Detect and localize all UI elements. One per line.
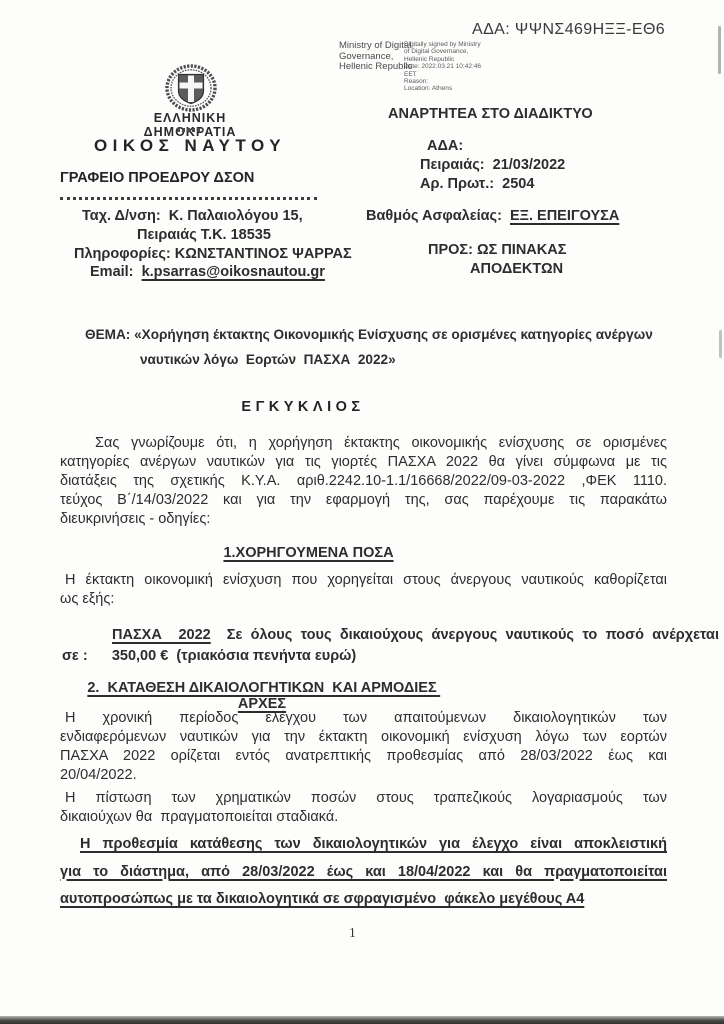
intro-line: κατηγορίες ανέργων ναυτικών για τις γιορ… [60, 453, 667, 472]
protocol-number: Αρ. Πρωτ.: 2504 [420, 176, 534, 192]
section2-line: 20/04/2022. [60, 766, 667, 785]
benefit-label: ΠΑΣΧΑ 2022 [112, 627, 211, 643]
section2-line: Η πίστωση των χρηματικών ποσών στους τρα… [60, 789, 667, 808]
benefit-text: Σε όλους τους δικαιούχους άνεργους ναυτι… [227, 627, 719, 643]
contact-person-line: Πληροφορίες: ΚΩΝΣΤΑΝΤΙΝΟΣ ΨΑΡΡΑΣ [74, 246, 352, 262]
address-line-2: Πειραιάς Τ.Κ. 18535 [137, 227, 271, 243]
scan-artifact [718, 26, 721, 74]
security-level-label: Βαθμός Ασφαλείας: [366, 208, 510, 224]
scan-bottom-edge [0, 1016, 724, 1024]
ada-label: ΑΔΑ: [427, 138, 463, 154]
intro-line: τεύχος Β΄/14/03/2022 και για την εφαρμογ… [60, 491, 667, 510]
intro-line: διευκρινήσεις - οδηγίες: [60, 510, 667, 529]
deadline-line: αυτοπροσώπως με τα δικαιολογητικά σε σφρ… [60, 890, 667, 909]
hellenic-republic-emblem-icon [165, 64, 217, 112]
circular-title: ΕΓΚΥΚΛΙΟΣ [58, 399, 548, 415]
deadline-line: Η προθεσμία κατάθεσης των δικαιολογητικώ… [60, 835, 667, 854]
ada-code-header: ΑΔΑ: ΨΨΝΣ469ΗΞΞ-ΕΘ6 [472, 21, 665, 39]
email-address: k.psarras@oikosnautou.gr [142, 264, 325, 280]
scan-artifact [719, 330, 722, 358]
digital-signature-details: Digitally signed by Ministry of Digital … [404, 41, 524, 93]
republic-divider [177, 128, 203, 132]
security-level-value: ΕΞ. ΕΠΕΙΓΟΥΣΑ [510, 208, 619, 224]
address-line-1: Ταχ. Δ/νση: Κ. Παλαιολόγου 15, [82, 208, 303, 224]
section2-heading: 2. ΚΑΤΑΘΕΣΗ ΔΙΚΑΙΟΛΟΓΗΤΙΚΩΝ ΚΑΙ ΑΡΜΟΔΙΕΣ… [62, 680, 462, 712]
benefit-amount-line: σε : 350,00 € (τριακόσια πενήντα ευρώ) [62, 648, 356, 664]
section2-line: δικαιούχων θα πραγματοποιείται σταδιακά. [60, 808, 667, 827]
scanned-document-page: ΑΔΑ: ΨΨΝΣ469ΗΞΞ-ΕΘ6 Ministry of Digital … [0, 0, 724, 1024]
page-number: 1 [349, 925, 356, 941]
section1-heading: 1.ΧΟΡΗΓΟΥΜΕΝΑ ΠΟΣΑ [60, 545, 557, 561]
recipient-line-2: ΑΠΟΔΕΚΤΩΝ [470, 261, 563, 277]
section1-paragraph: Η έκτακτη οικονομική ενίσχυση που χορηγε… [60, 571, 667, 609]
deadline-paragraph: Η προθεσμία κατάθεσης των δικαιολογητικώ… [60, 835, 667, 918]
section2-line: Η χρονική περίοδος ελέγχου των απαιτούμε… [60, 709, 667, 728]
email-label: Email: [90, 264, 142, 280]
section2-paragraph-2: Η πίστωση των χρηματικών ποσών στους τρα… [60, 789, 667, 827]
section2-line: ενδιαφερόμενων ναυτικών για την έκτακτη … [60, 728, 667, 747]
email-line: Email: k.psarras@oikosnautou.gr [90, 264, 325, 280]
place-and-date: Πειραιάς: 21/03/2022 [420, 157, 565, 173]
section1-line: ως εξής: [60, 590, 667, 609]
publish-notice: ΑΝΑΡΤΗΤΕΑ ΣΤΟ ΔΙΑΔΙΚΤΥΟ [388, 106, 593, 122]
intro-line: διατάξεις της σχετικής Κ.Υ.Α. αριθ.2242.… [60, 472, 667, 491]
section2-paragraph-1: Η χρονική περίοδος ελέγχου των απαιτούμε… [60, 709, 667, 785]
section2-line: ΠΑΣΧΑ 2022 ορίζεται εντός ανατρεπτικής π… [60, 747, 667, 766]
intro-line: Σας γνωρίζουμε ότι, η χορήγηση έκτακτης … [60, 434, 667, 453]
recipient-line-1: ΠΡΟΣ: ΩΣ ΠΙΝΑΚΑΣ [428, 242, 566, 258]
subject-line-1: ΘΕΜΑ: «Χορήγηση έκτακτης Οικονομικής Ενί… [85, 327, 644, 342]
security-level-line: Βαθμός Ασφαλείας: ΕΞ. ΕΠΕΙΓΟΥΣΑ [366, 208, 619, 224]
intro-paragraph: Σας γνωρίζουμε ότι, η χορήγηση έκτακτης … [60, 434, 667, 529]
dotted-separator [60, 183, 317, 200]
deadline-line: για το διάστημα, από 28/03/2022 έως και … [60, 863, 667, 882]
organization-title: ΟΙΚΟΣ ΝΑΥΤΟΥ [75, 136, 305, 156]
republic-title: ΕΛΛΗΝΙΚΗ ΔΗΜΟΚΡΑΤΙΑ [109, 111, 271, 139]
subject-line-2: ναυτικών λόγω Εορτών ΠΑΣΧΑ 2022» [140, 352, 396, 367]
benefit-line: ΠΑΣΧΑ 2022Σε όλους τους δικαιούχους άνερ… [60, 626, 719, 645]
section1-line: Η έκτακτη οικονομική ενίσχυση που χορηγε… [60, 571, 667, 590]
